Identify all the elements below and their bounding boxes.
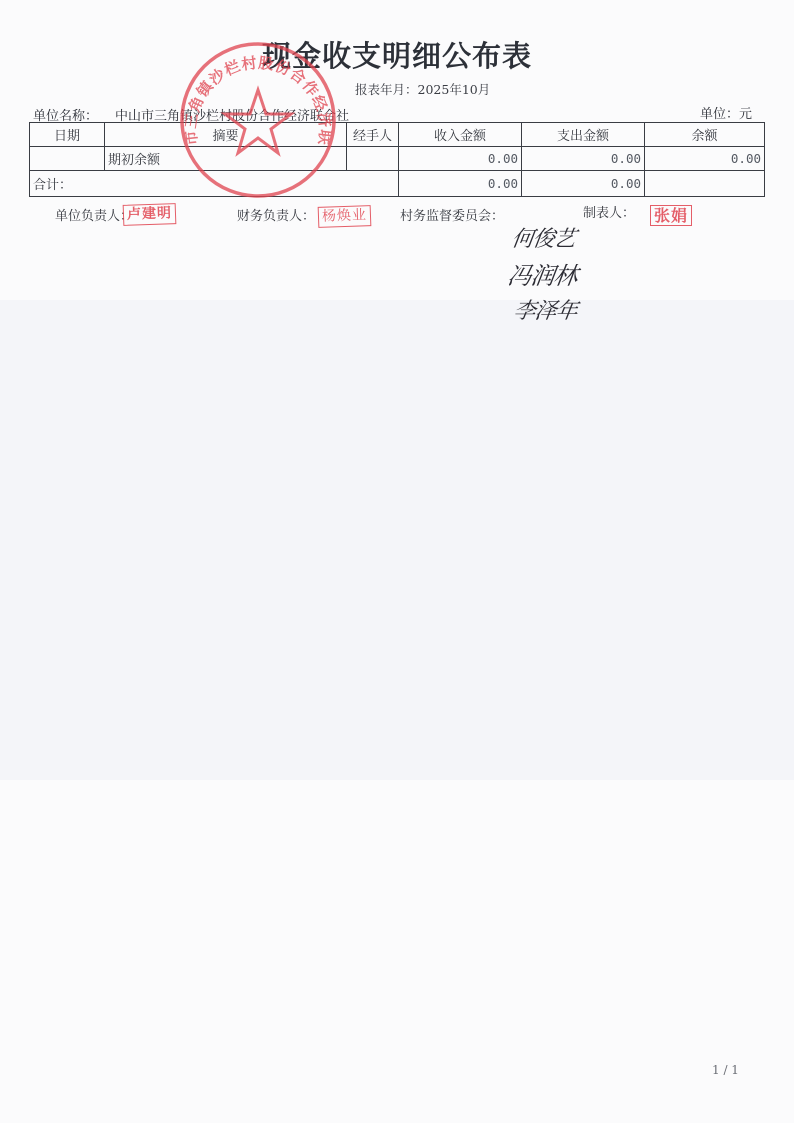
cell-date	[30, 147, 105, 171]
header-handler: 经手人	[347, 123, 399, 147]
total-label: 合计：	[30, 171, 399, 197]
finance-head-label: 财务负责人：	[237, 205, 315, 224]
unit-head-stamp: 卢建明	[123, 203, 177, 226]
handwritten-signature: 何俊艺	[510, 222, 577, 253]
header-expense: 支出金额	[522, 123, 645, 147]
table-header-row: 日期 摘要 经手人 收入金额 支出金额 余额	[30, 123, 765, 147]
cell-summary: 期初余额	[105, 147, 347, 171]
preparer-label: 制表人：	[583, 202, 635, 221]
document-title: 现金收支明细公布表	[0, 34, 794, 75]
table-row: 期初余额 0.00 0.00 0.00	[30, 147, 765, 171]
report-period: 报表年月：2025年10月	[355, 80, 490, 98]
total-income: 0.00	[399, 171, 522, 197]
currency-unit: 单位：元	[700, 103, 752, 122]
unit-head-label: 单位负责人：	[55, 205, 133, 224]
handwritten-signature: 李泽年	[512, 294, 579, 325]
finance-head-stamp: 杨焕业	[318, 205, 372, 228]
cell-handler	[347, 147, 399, 171]
total-row: 合计： 0.00 0.00	[30, 171, 765, 197]
handwritten-signature: 冯润林	[506, 256, 580, 291]
page-indicator: 1 / 1	[712, 1063, 739, 1077]
total-balance	[645, 171, 765, 197]
header-summary: 摘要	[105, 123, 347, 147]
header-date: 日期	[30, 123, 105, 147]
scan-artifact	[0, 300, 794, 780]
cash-ledger-table: 日期 摘要 经手人 收入金额 支出金额 余额 期初余额 0.00 0.00 0.…	[29, 122, 765, 197]
header-balance: 余额	[645, 123, 765, 147]
supervision-label: 村务监督委员会：	[400, 205, 504, 224]
cell-expense: 0.00	[522, 147, 645, 171]
cell-balance: 0.00	[645, 147, 765, 171]
cell-income: 0.00	[399, 147, 522, 171]
total-expense: 0.00	[522, 171, 645, 197]
preparer-stamp: 张娟	[650, 205, 692, 226]
period-value: 2025年10月	[418, 82, 491, 97]
header-income: 收入金额	[399, 123, 522, 147]
period-label: 报表年月：	[355, 82, 418, 97]
